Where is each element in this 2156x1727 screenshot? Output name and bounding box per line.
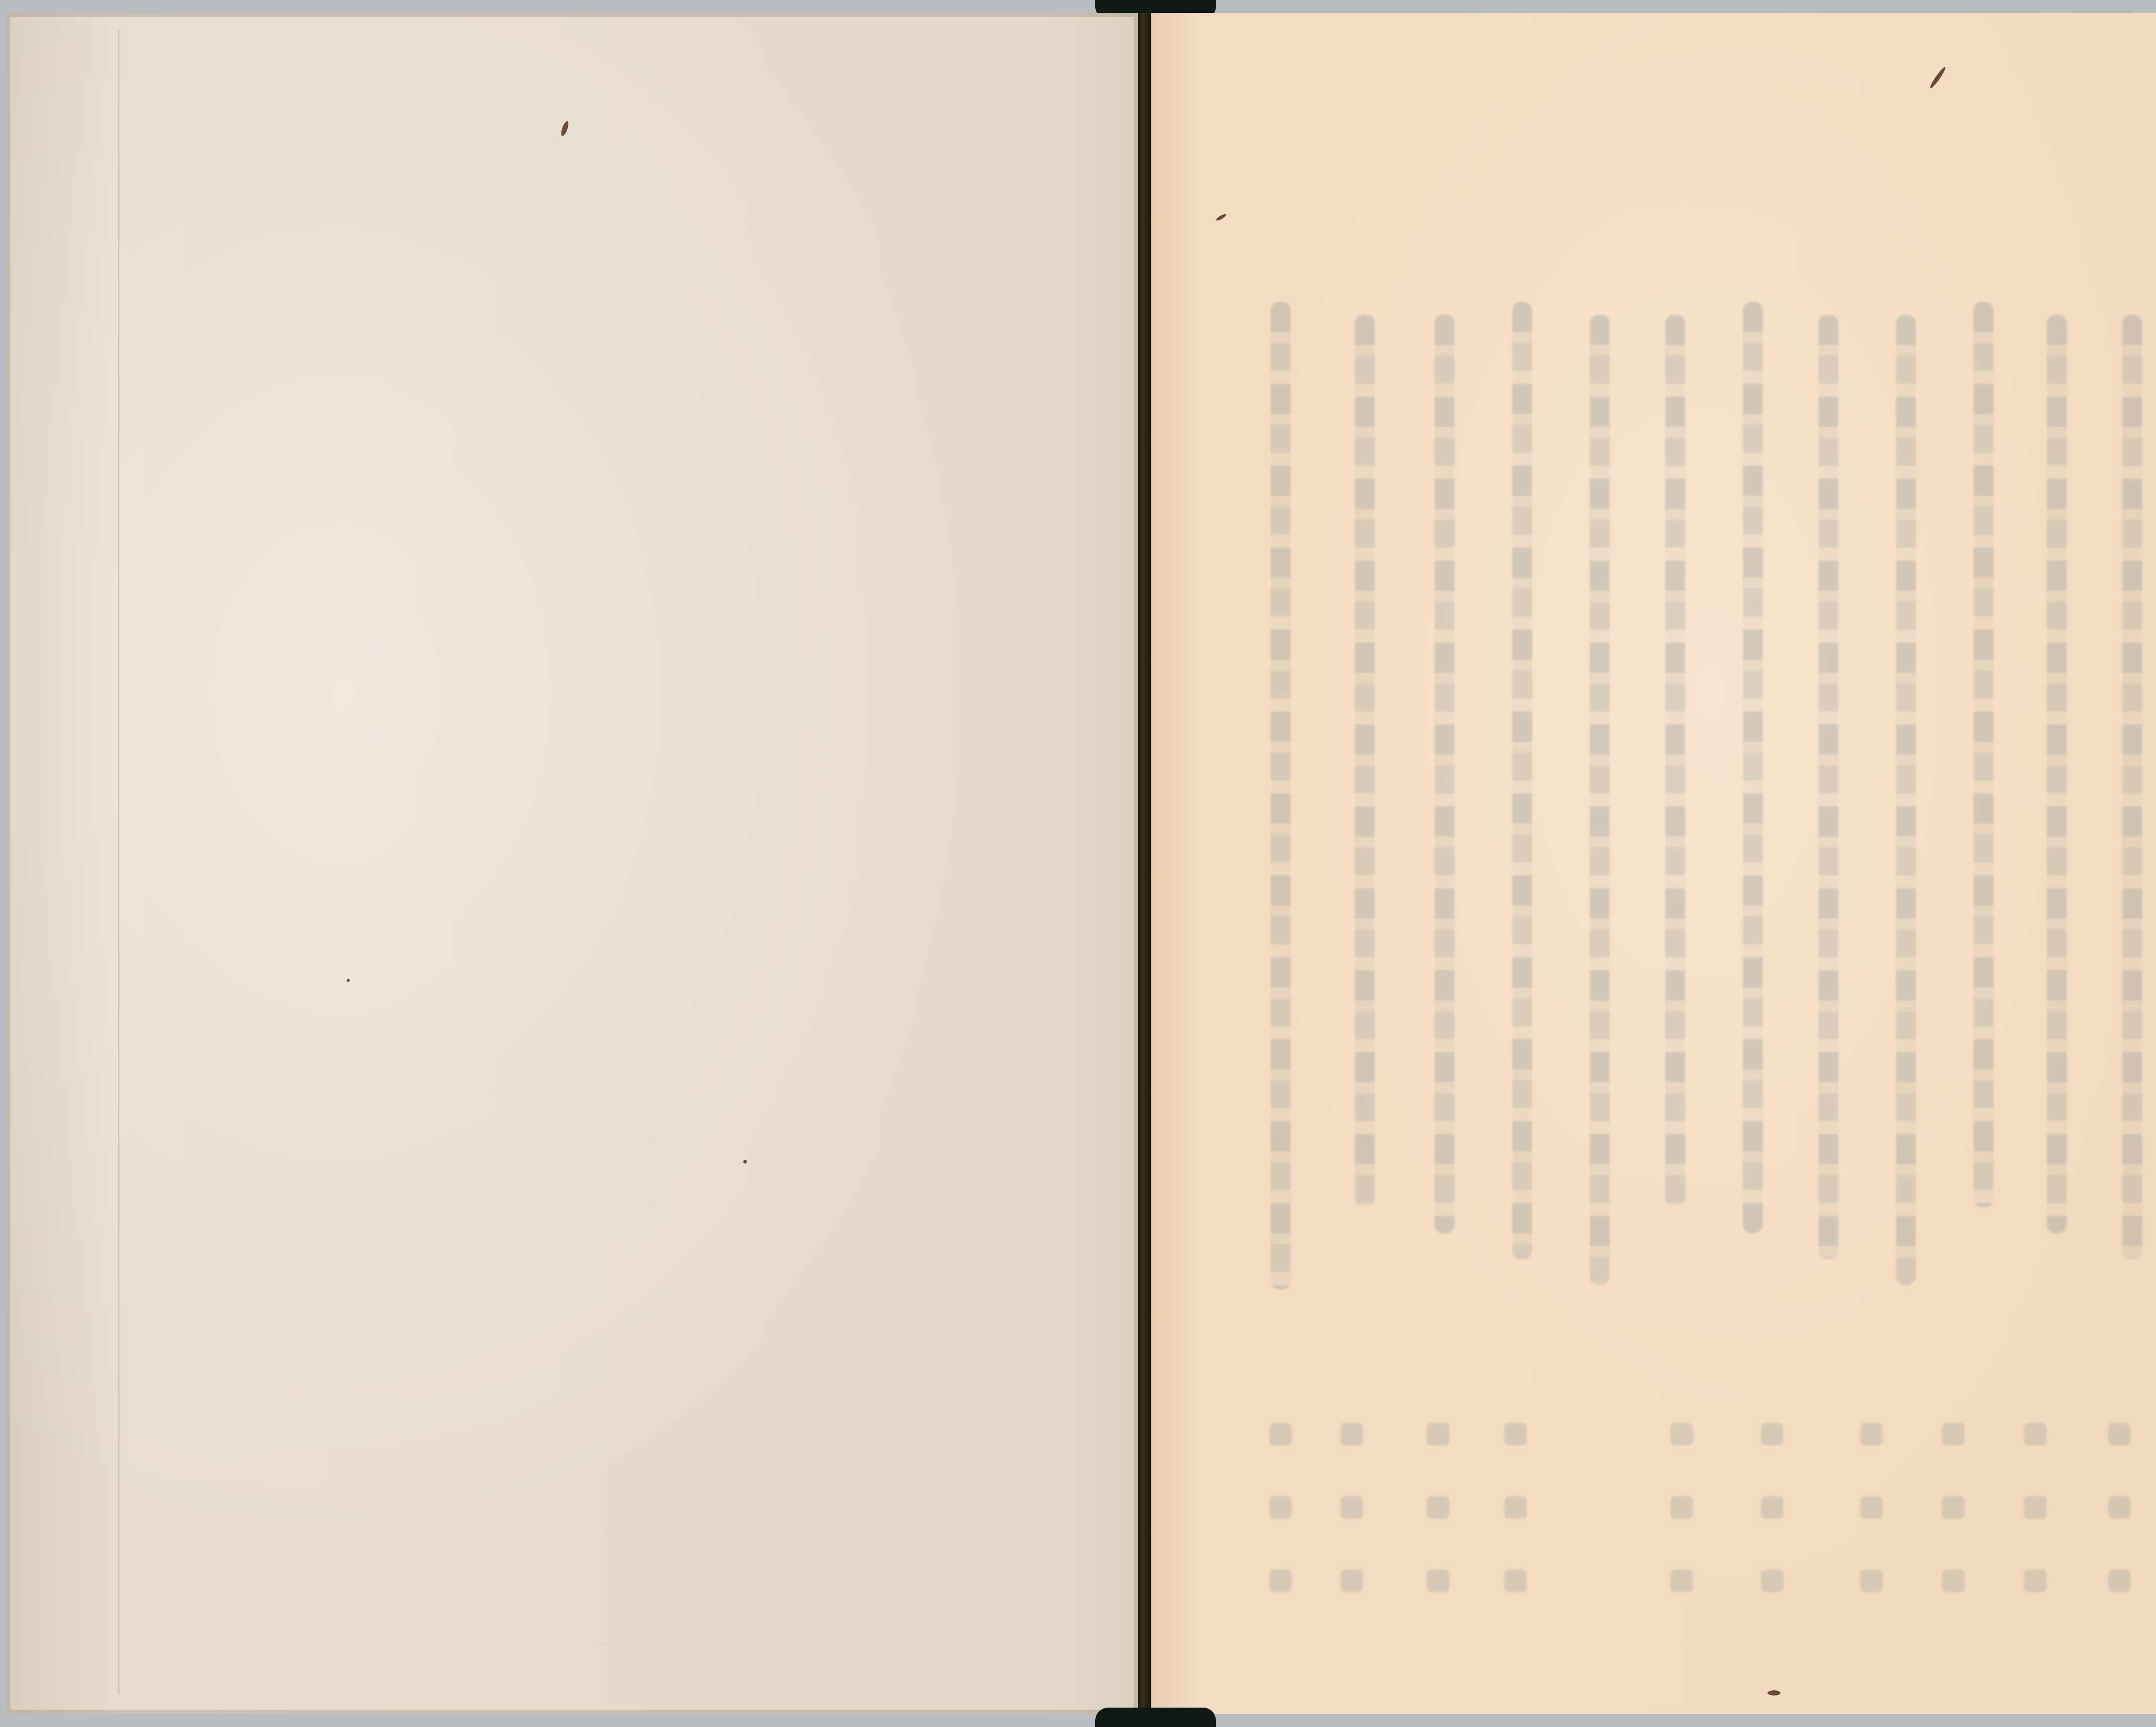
bleed-through-glyph [1761,1496,1783,1519]
bleed-through-glyph [1427,1496,1449,1519]
bleed-through-glyph [1341,1423,1363,1445]
bleed-through-glyph [1269,1570,1292,1592]
binding-tab-bottom [1095,1708,1216,1727]
bleed-through-glyph [1427,1423,1449,1445]
bleed-through-glyph [1761,1423,1783,1445]
bleed-through-glyph [1860,1423,1883,1445]
bleed-through-glyph [1860,1496,1883,1519]
bleed-through-column [1590,315,1610,1285]
bleed-through-glyph [1670,1423,1693,1445]
left-page-fold-line [118,30,119,1695]
book-spine-gutter [1138,13,1151,1714]
paper-speck [1216,213,1227,222]
bleed-through-glyph [1942,1570,1965,1592]
bleed-through-column [1743,302,1763,1233]
paper-speck [1929,66,1947,90]
bleed-through-glyph [1860,1570,1883,1592]
bleed-through-column [1355,315,1375,1207]
paper-speck [1767,1690,1780,1696]
bleed-through-glyph [2108,1496,2131,1519]
paper-speck [743,1160,747,1163]
bleed-through-column [1435,315,1454,1233]
bleed-through-column [2047,315,2067,1233]
left-page-blank [6,13,1138,1714]
bleed-through-glyph [1504,1496,1527,1519]
bleed-through-glyph [1341,1496,1363,1519]
bleed-through-glyph [1504,1570,1527,1592]
book-spread [0,0,2156,1727]
right-page-with-bleed-through [1151,13,2156,1714]
bleed-through-glyph [1427,1570,1449,1592]
bleed-through-glyph [2108,1423,2131,1445]
bleed-through-glyph [2024,1570,2046,1592]
bleed-through-glyph [1761,1570,1783,1592]
bleed-through-column [2122,315,2142,1259]
bleed-through-glyph [1670,1570,1693,1592]
bleed-through-glyph [2108,1570,2131,1592]
bleed-through-glyph [1341,1570,1363,1592]
bleed-through-glyph [1942,1496,1965,1519]
paper-speck [347,979,350,982]
bleed-through-glyph [1504,1423,1527,1445]
bleed-through-column [1974,302,1993,1207]
bleed-through-column [1818,315,1838,1259]
bleed-through-column [1665,315,1685,1207]
bleed-through-glyph [2024,1496,2046,1519]
bleed-through-column [1512,302,1532,1259]
bleed-through-glyph [2024,1423,2046,1445]
bleed-through-glyph [1269,1423,1292,1445]
bleed-through-column [1271,302,1291,1289]
bleed-through-column [1896,315,1916,1285]
bleed-through-glyph [1670,1496,1693,1519]
bleed-through-glyph [1942,1423,1965,1445]
paper-speck [560,120,570,137]
bleed-through-glyph [1269,1496,1292,1519]
